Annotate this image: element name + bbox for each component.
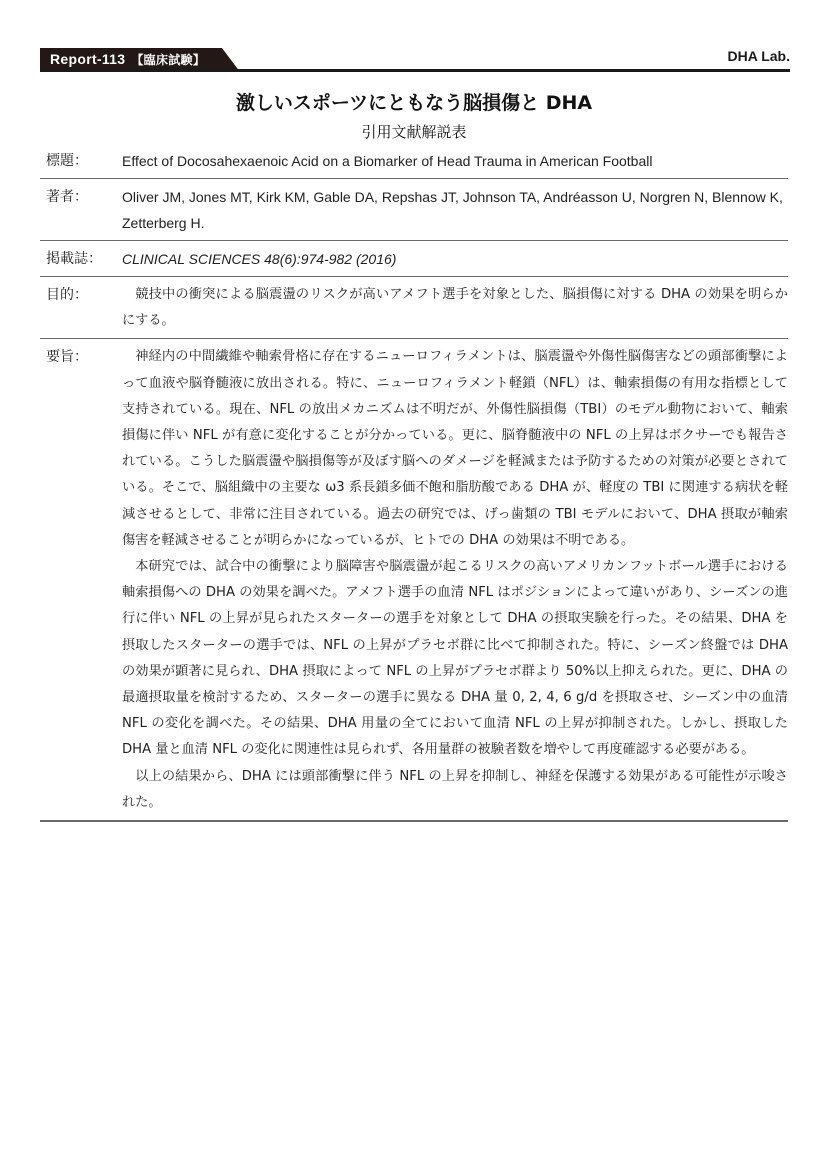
purpose-paragraph: 競技中の衝突による脳震盪のリスクが高いアメフト選手を対象とした、脳損傷に対する …: [122, 282, 788, 334]
report-category: 【臨床試験】: [131, 53, 205, 67]
field-label: 目的：: [40, 282, 122, 334]
brand-label: DHA Lab.: [728, 48, 790, 64]
citation-table: 標題： Effect of Docosahexaenoic Acid on a …: [40, 143, 788, 822]
field-row-journal: 掲載誌： CLINICAL SCIENCES 48(6):974-982 (20…: [40, 241, 788, 277]
field-label: 著者：: [40, 184, 122, 236]
page-subtitle: 引用文献解説表: [0, 121, 828, 142]
summary-paragraph: 神経内の中間繊維や軸索骨格に存在するニューロフィラメントは、脳震盪や外傷性脳傷害…: [122, 344, 788, 554]
paper-authors: Oliver JM, Jones MT, Kirk KM, Gable DA, …: [122, 184, 788, 236]
header-divider: [40, 69, 790, 72]
field-label: 標題：: [40, 148, 122, 174]
field-row-purpose: 目的： 競技中の衝突による脳震盪のリスクが高いアメフト選手を対象とした、脳損傷に…: [40, 277, 788, 339]
paper-journal: CLINICAL SCIENCES 48(6):974-982 (2016): [122, 246, 788, 272]
field-row-authors: 著者： Oliver JM, Jones MT, Kirk KM, Gable …: [40, 179, 788, 241]
field-label: 掲載誌：: [40, 246, 122, 272]
summary-paragraph: 本研究では、試合中の衝撃により脳障害や脳震盪が起こるリスクの高いアメリカンフット…: [122, 554, 788, 764]
paper-title: Effect of Docosahexaenoic Acid on a Biom…: [122, 148, 788, 174]
purpose-text: 競技中の衝突による脳震盪のリスクが高いアメフト選手を対象とした、脳損傷に対する …: [122, 282, 788, 334]
report-header: Report-113【臨床試験】 DHA Lab.: [40, 48, 790, 72]
summary-paragraph: 以上の結果から、DHA には頭部衝撃に伴う NFL の上昇を抑制し、神経を保護す…: [122, 764, 788, 816]
field-label: 要旨：: [40, 344, 122, 816]
report-id: Report-113: [50, 51, 125, 67]
field-row-summary: 要旨： 神経内の中間繊維や軸索骨格に存在するニューロフィラメントは、脳震盪や外傷…: [40, 339, 788, 822]
field-row-title: 標題： Effect of Docosahexaenoic Acid on a …: [40, 143, 788, 179]
summary-text: 神経内の中間繊維や軸索骨格に存在するニューロフィラメントは、脳震盪や外傷性脳傷害…: [122, 344, 788, 816]
page-title: 激しいスポーツにともなう脳損傷と DHA: [0, 88, 828, 115]
